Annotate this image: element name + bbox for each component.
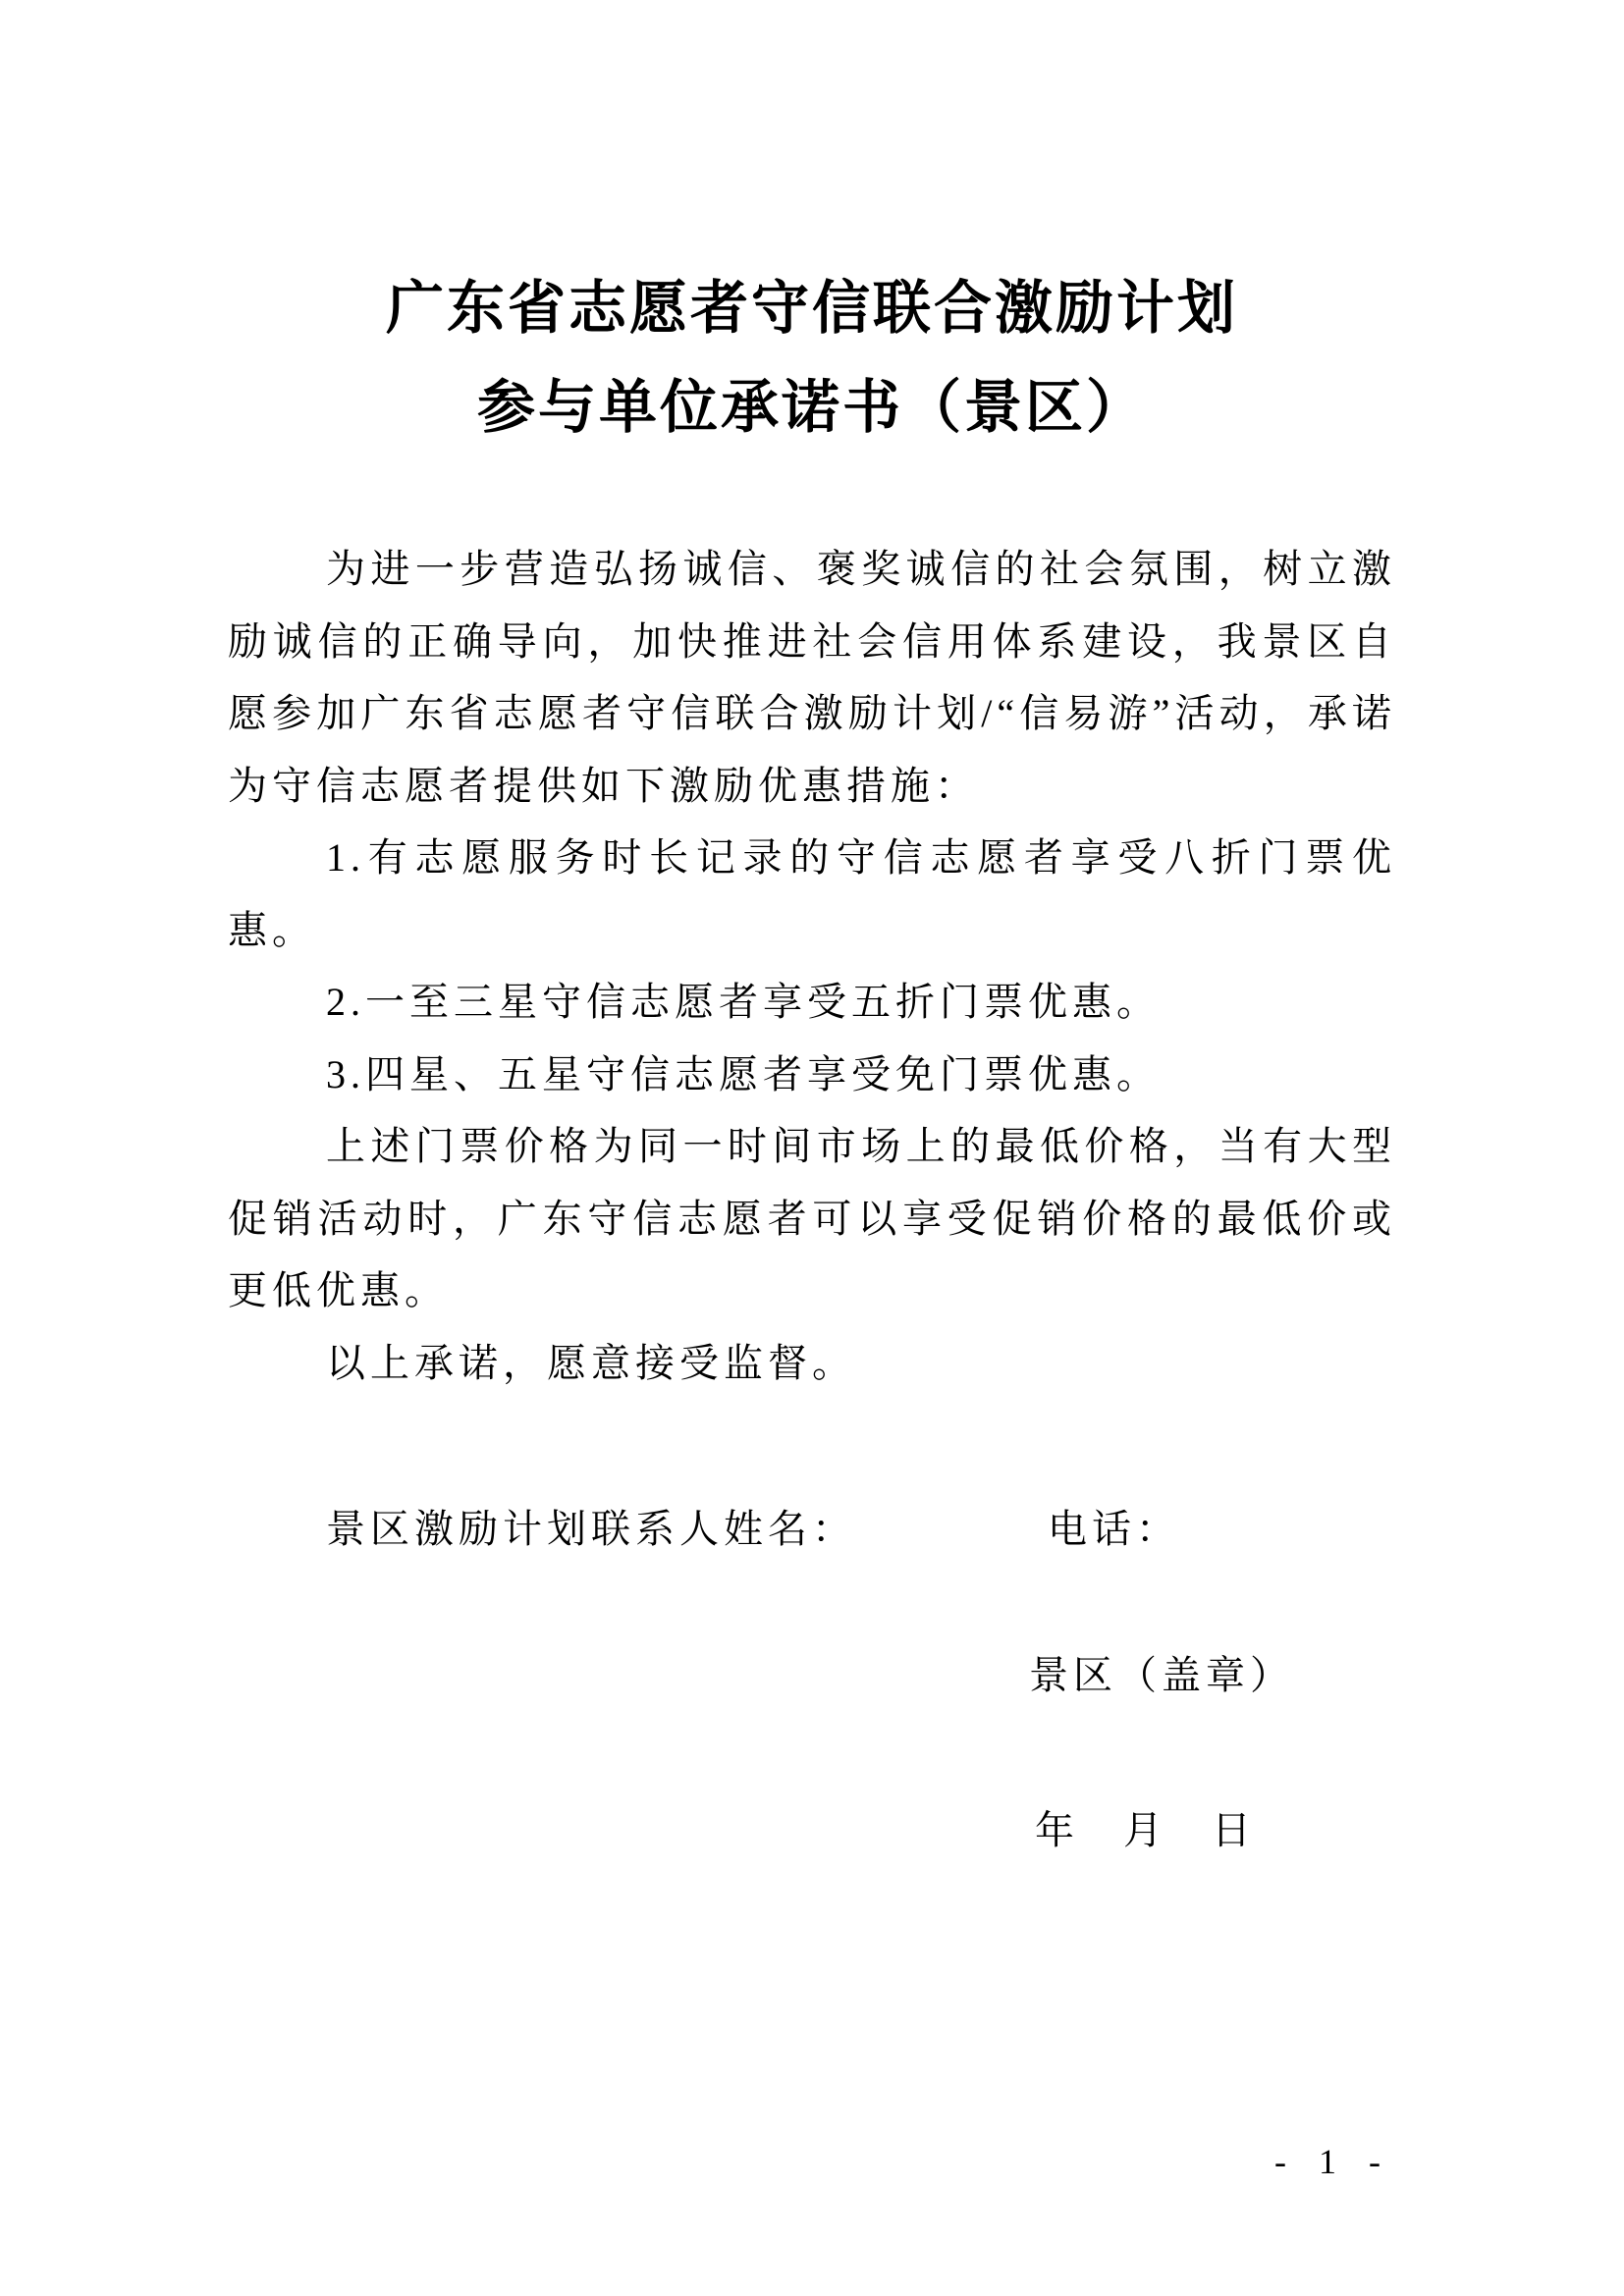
contact-line: 景区激励计划联系人姓名： 电话： [228, 1493, 1396, 1566]
list-item-3: 3.四星、五星守信志愿者享受免门票优惠。 [228, 1039, 1396, 1111]
document-body: 为进一步营造弘扬诚信、褒奖诚信的社会氛围，树立激励诚信的正确导向，加快推进社会信… [228, 533, 1396, 1399]
list-item-1: 1.有志愿服务时长记录的守信志愿者享受八折门票优惠。 [228, 822, 1396, 966]
title-line-2: 参与单位承诺书（景区） [228, 358, 1396, 457]
seal-line: 景区（盖章） [1029, 1639, 1396, 1712]
document-page: 广东省志愿者守信联合激励计划 参与单位承诺书（景区） 为进一步营造弘扬诚信、褒奖… [0, 0, 1624, 2296]
title-line-1: 广东省志愿者守信联合激励计划 [228, 259, 1396, 358]
document-title: 广东省志愿者守信联合激励计划 参与单位承诺书（景区） [228, 0, 1396, 457]
contact-phone-label: 电话： [1048, 1507, 1180, 1551]
paragraph-intro: 为进一步营造弘扬诚信、褒奖诚信的社会氛围，树立激励诚信的正确导向，加快推进社会信… [228, 533, 1396, 822]
paragraph-supervision: 以上承诺，愿意接受监督。 [228, 1327, 1396, 1400]
contact-name-label: 景区激励计划联系人姓名： [326, 1507, 856, 1551]
page-number: - 1 - [1274, 2142, 1392, 2181]
date-line: 年 月 日 [1035, 1794, 1396, 1867]
list-item-2: 2.一至三星守信志愿者享受五折门票优惠。 [228, 966, 1396, 1039]
paragraph-ticket-price: 上述门票价格为同一时间市场上的最低价格，当有大型促销活动时，广东守信志愿者可以享… [228, 1110, 1396, 1327]
